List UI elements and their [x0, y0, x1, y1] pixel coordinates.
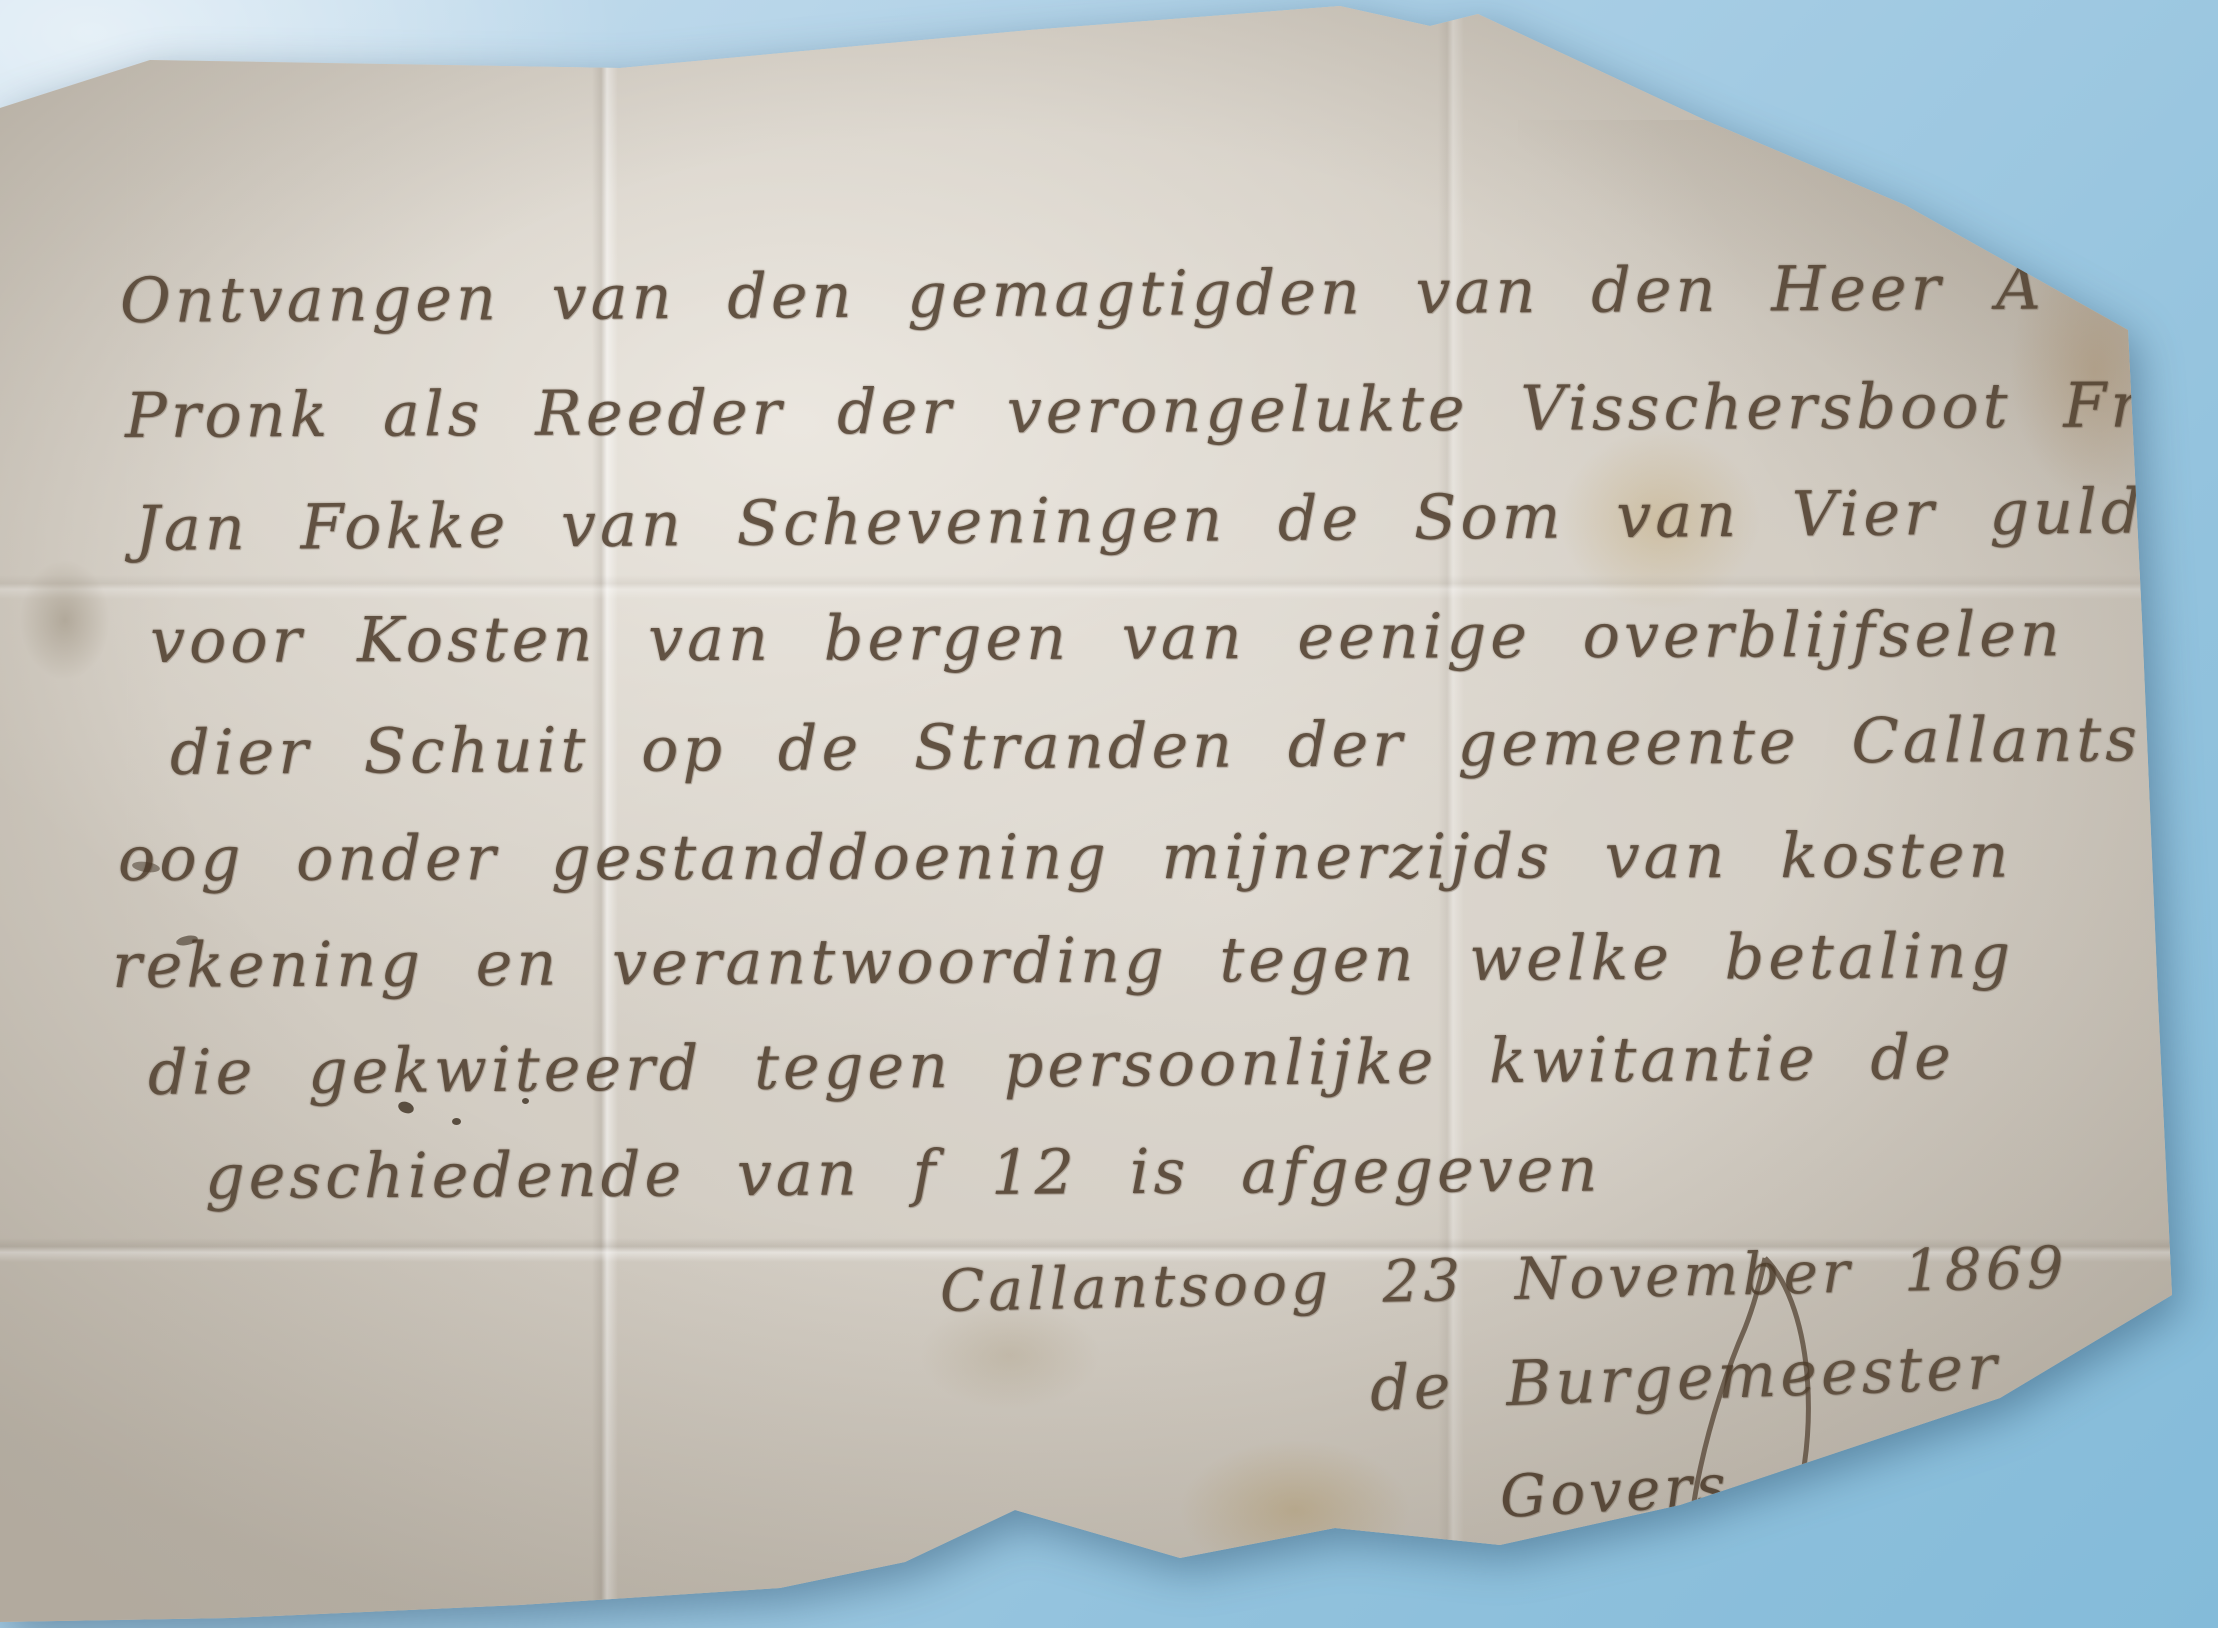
- handwritten-line: oog onder gestanddoening mijnerzijds van…: [118, 825, 2013, 890]
- paper-shadow: Ontvangen van den gemagtigden van den He…: [0, 0, 2218, 1628]
- photo-background: Ontvangen van den gemagtigden van den He…: [0, 0, 2218, 1628]
- handwritten-line: rekening en verantwoording tegen welke b…: [112, 925, 2014, 997]
- signer-title: de Burgemeester: [1369, 1336, 2002, 1420]
- stain: [1180, 1440, 1410, 1580]
- handwritten-line: die gekwiteerd tegen persoonlijke kwitan…: [148, 1026, 1955, 1104]
- handwritten-line: Jan Fokke van Scheveningen de Som van Vi…: [135, 480, 2218, 560]
- handwritten-line: voor Kosten van bergen van eenige overbl…: [150, 603, 2064, 672]
- handwritten-line: dier Schuit op de Stranden der gemeente …: [170, 708, 2141, 784]
- ink-blot: [452, 1118, 461, 1125]
- handwritten-line: geschiedende van f 12 is afgegeven: [205, 1139, 1602, 1208]
- handwritten-line: Pronk als Reeder der verongelukte Vissch…: [125, 374, 2218, 447]
- handwritten-line: Ontvangen van den gemagtigden van den He…: [120, 257, 2045, 332]
- paper-crease-vertical-left: [592, 0, 618, 1628]
- signature: Govers: [1498, 1456, 1731, 1526]
- document-paper: Ontvangen van den gemagtigden van den He…: [0, 0, 2218, 1628]
